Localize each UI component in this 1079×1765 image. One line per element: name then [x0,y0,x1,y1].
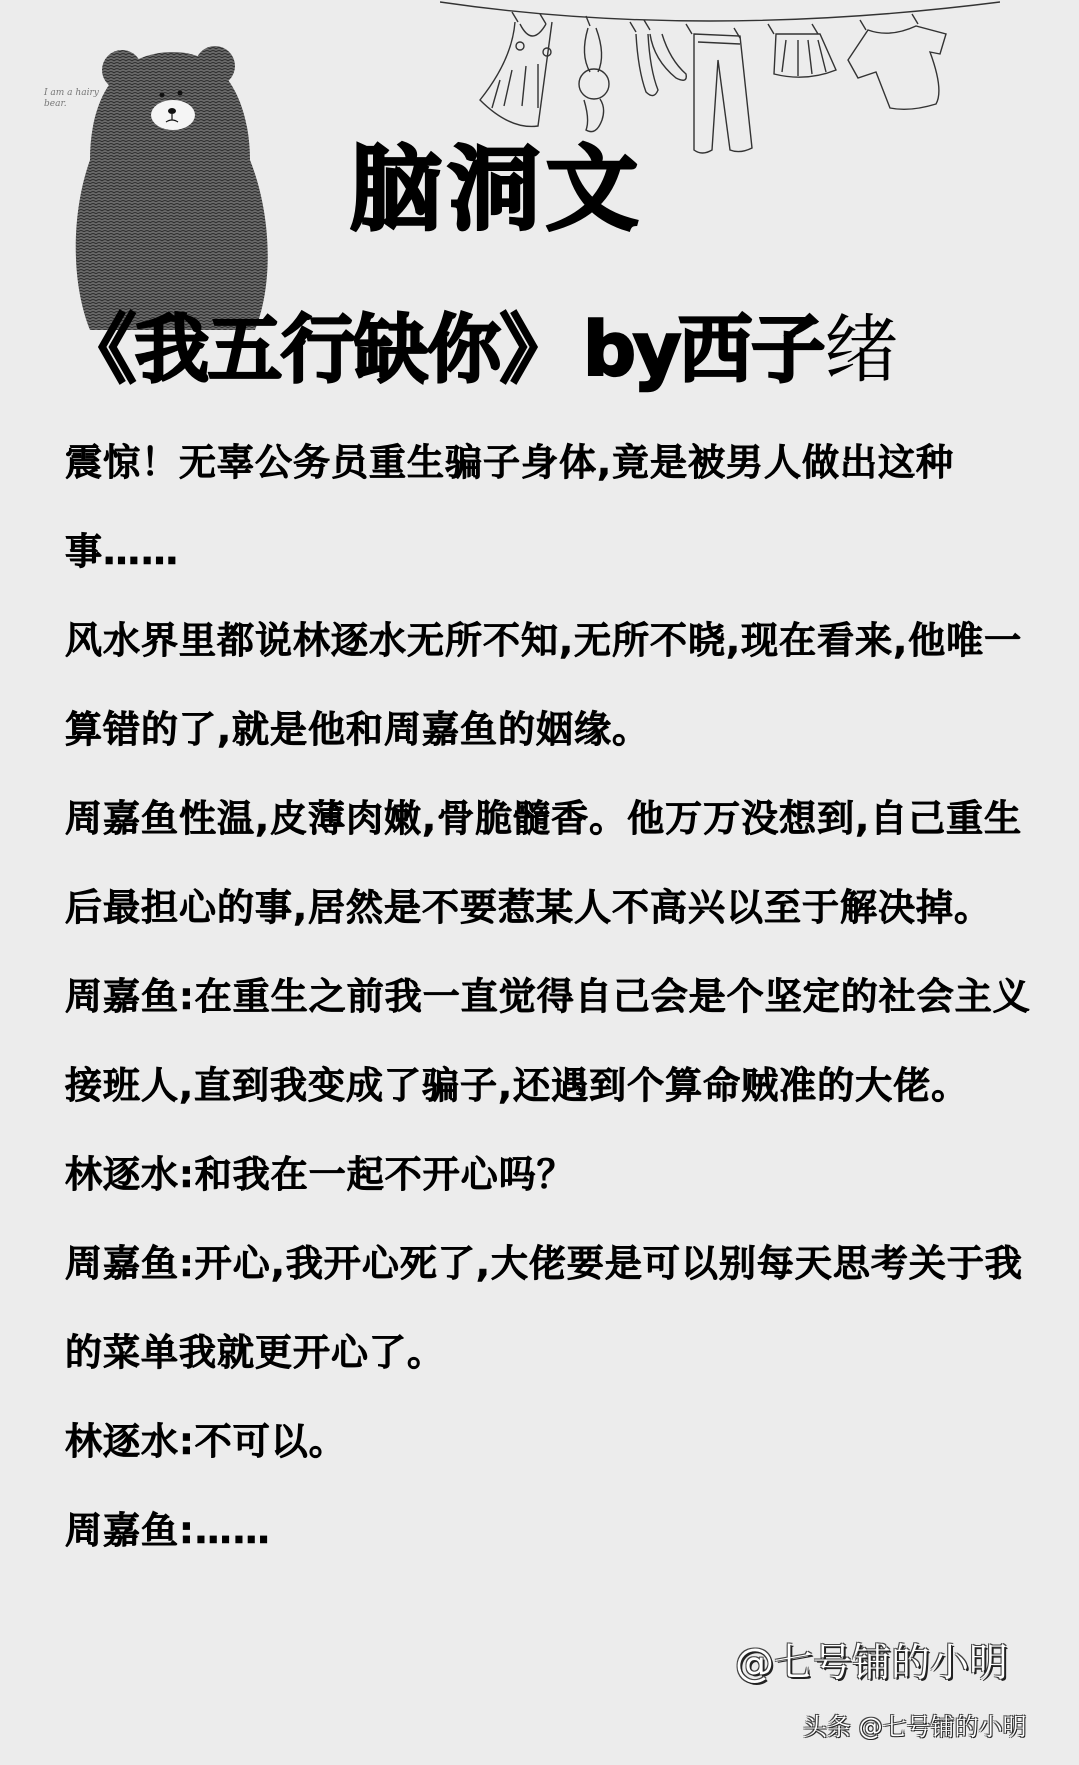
skirt-icon [768,24,836,77]
bear-handwritten-note: I am a hairy bear. [44,88,104,110]
by-label: by [583,307,678,393]
paragraph-intro: 风水界里都说林逐水无所不知,无所不晓,现在看来,他唯一算错的了,就是他和周嘉鱼的… [65,596,1055,774]
dialogue-line: 周嘉鱼:在重生之前我一直觉得自己会是个坚定的社会主义接班人,直到我变成了骗子,还… [65,952,1055,1130]
paragraph-description: 周嘉鱼性温,皮薄肉嫩,骨脆髓香。他万万没想到,自己重生后最担心的事,居然是不要惹… [65,774,1055,952]
category-title: 脑洞文 [350,140,644,240]
paragraph-hook: 震惊！无辜公务员重生骗子身体,竟是被男人做出这种事…… [65,418,1055,596]
socks-icon [630,20,686,96]
dialogue-line: 周嘉鱼:开心,我开心死了,大佬要是可以别每天思考关于我的菜单我就更开心了。 [65,1219,1055,1397]
author-name-bold: 西子 [678,307,824,393]
bunny-plush-icon [579,16,609,132]
clothesline-rope [440,2,1000,21]
book-title-line: 《我五行缺你》by西子绪 [62,300,897,400]
book-title: 《我五行缺你》 [62,307,573,393]
tshirt-icon [848,14,946,109]
watermark-author-handle: @七号铺的小明 [735,1632,1008,1688]
dialogue-line: 林逐水:和我在一起不开心吗？ [65,1130,1055,1219]
watermark-platform: 头条 @七号铺的小明 [803,1707,1027,1742]
dialogue-line: 林逐水:不可以。 [65,1397,1055,1486]
synopsis-body: 震惊！无辜公务员重生骗子身体,竟是被男人做出这种事…… 风水界里都说林逐水无所不… [65,418,1055,1575]
dress-icon [480,12,552,126]
dialogue-line: 周嘉鱼:…… [65,1486,1055,1575]
scribble-bear-icon [60,40,300,340]
author-name-light: 绪 [824,307,897,393]
pants-icon [686,24,752,153]
